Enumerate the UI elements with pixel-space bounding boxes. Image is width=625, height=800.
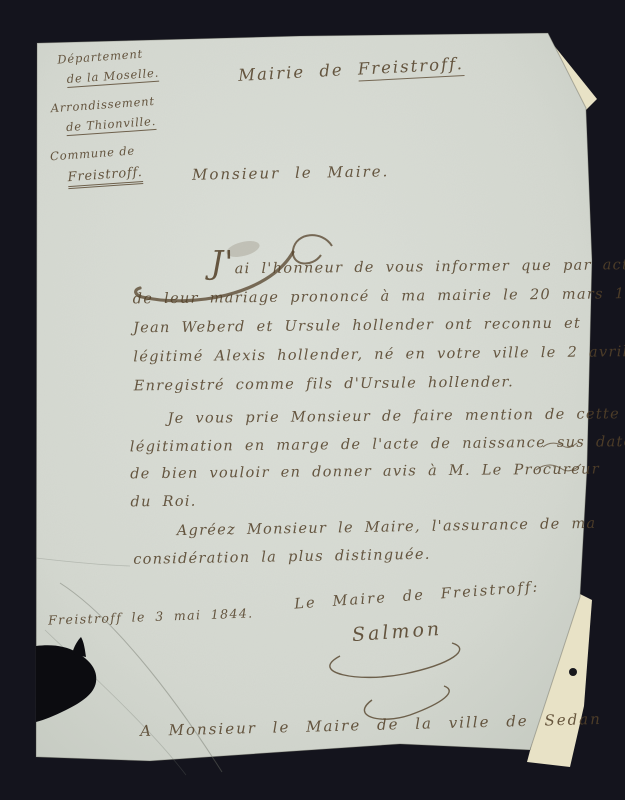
document-scan: Département de la Moselle. Arrondissemen… [0, 0, 625, 800]
paragraph-1: J'ai l'honneur de vous informer que par … [132, 245, 582, 402]
address-line: A Monsieur le Maire de la ville de Sedan [140, 710, 602, 740]
paragraph-1-line: légitimé Alexis hollender, né en votre v… [133, 339, 581, 373]
paragraph-1-line: Enregistré comme fils d'Ursule hollender… [134, 368, 582, 402]
signoff: Le Maire de Freistroff: [294, 579, 540, 612]
department-line: de la Moselle. [66, 62, 217, 88]
letter-content: Département de la Moselle. Arrondissemen… [0, 0, 625, 800]
paragraph-1-line: Jean Weberd et Ursule hollender ont reco… [133, 310, 581, 344]
letterhead-title-place: Freistroff. [357, 54, 464, 82]
paragraph-1-line: de leur mariage prononcé à ma mairie le … [133, 281, 581, 315]
department-block: Département de la Moselle. Arrondissemen… [47, 43, 203, 146]
closing-paragraph: Agréez Monsieur le Maire, l'assurance de… [133, 511, 582, 574]
letterhead-title-pre: Mairie de [238, 60, 344, 84]
dateline: Freistroff le 3 mai 1844. [48, 605, 254, 627]
paragraph-1-line: J'ai l'honneur de vous informer que par … [132, 245, 580, 286]
arrondissement-line: de Thionville. [66, 110, 217, 136]
letterhead-title: Mairie de Freistroff. [238, 50, 539, 85]
salutation: Monsieur le Maire. [192, 162, 390, 183]
signature: Salmon [351, 618, 442, 646]
paragraph-2: Je vous prie Monsieur de faire mention d… [129, 402, 578, 517]
commune-line: Commune de [50, 139, 201, 163]
